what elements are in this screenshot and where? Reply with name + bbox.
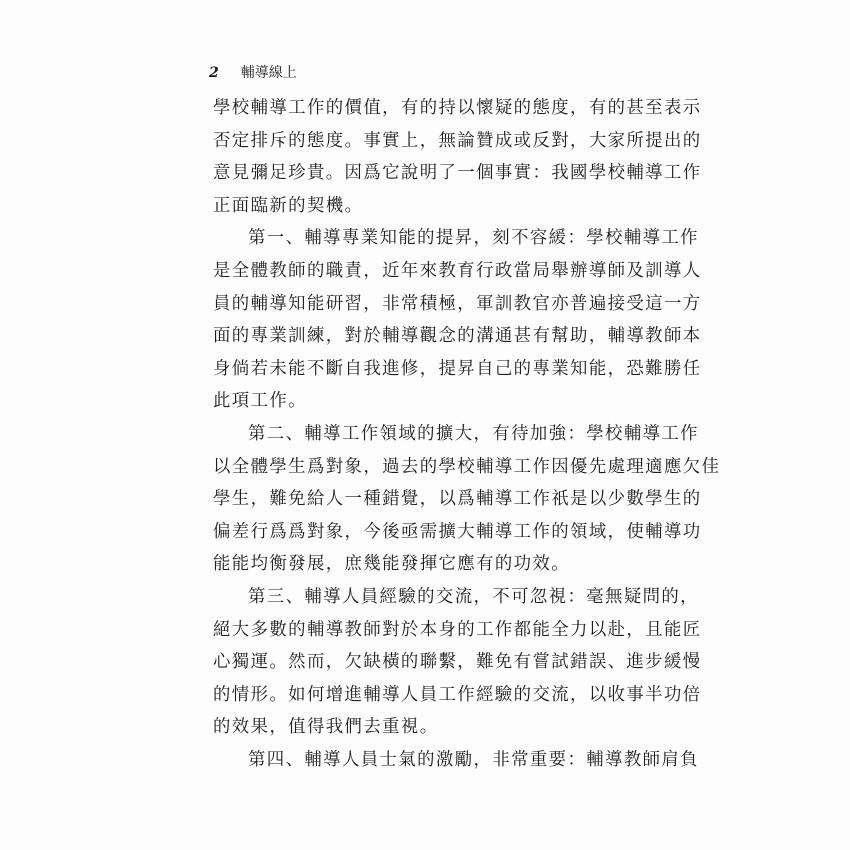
text-line: 偏差行爲爲對象，今後亟需擴大輔導工作的領域，使輔導功: [213, 516, 639, 549]
running-head-title: 輔導線上: [241, 62, 297, 82]
body-text: 學校輔導工作的價值，有的持以懷疑的態度，有的甚至表示 否定排斥的態度。事實上，無…: [213, 92, 639, 776]
text-line: 的效果，值得我們去重視。: [213, 711, 639, 744]
text-line: 否定排斥的態度。事實上，無論贊成或反對，大家所提出的: [213, 125, 639, 158]
paragraph-start-line: 第二、輔導工作領域的擴大，有待加強：學校輔導工作: [213, 418, 639, 451]
text-line: 以全體學生爲對象，過去的學校輔導工作因優先處理適應欠佳: [213, 451, 639, 484]
text-line: 能能均衡發展，庶幾能發揮它應有的功效。: [213, 548, 639, 581]
text-line: 絕大多數的輔導教師對於本身的工作都能全力以赴，且能匠: [213, 614, 639, 647]
text-line: 身倘若未能不斷自我進修，提昇自己的專業知能，恐難勝任: [213, 353, 639, 386]
text-line: 員的輔導知能研習，非常積極，軍訓教官亦普遍接受這一方: [213, 288, 639, 321]
text-line: 此項工作。: [213, 385, 639, 418]
document-page: 2 輔導線上 學校輔導工作的價值，有的持以懷疑的態度，有的甚至表示 否定排斥的態…: [0, 0, 850, 850]
text-line: 是全體教師的職責，近年來教育行政當局舉辦導師及訓導人: [213, 255, 639, 288]
running-head: 2 輔導線上: [209, 62, 297, 82]
text-line: 意見彌足珍貴。因爲它說明了一個事實：我國學校輔導工作: [213, 157, 639, 190]
text-line: 的情形。如何增進輔導人員工作經驗的交流，以收事半功倍: [213, 679, 639, 712]
page-number: 2: [209, 65, 219, 81]
paragraph-start-line: 第一、輔導專業知能的提昇，刻不容緩：學校輔導工作: [213, 222, 639, 255]
paragraph-start-line: 第三、輔導人員經驗的交流，不可忽視：毫無疑問的，: [213, 581, 639, 614]
text-line: 學校輔導工作的價值，有的持以懷疑的態度，有的甚至表示: [213, 92, 639, 125]
text-line: 正面臨新的契機。: [213, 190, 639, 223]
paragraph-start-line: 第四、輔導人員士氣的激勵，非常重要：輔導教師肩負: [213, 744, 639, 777]
text-line: 學生，難免給人一種錯覺，以爲輔導工作祇是以少數學生的: [213, 483, 639, 516]
text-line: 面的專業訓練，對於輔導觀念的溝通甚有幫助，輔導教師本: [213, 320, 639, 353]
text-line: 心獨運。然而，欠缺橫的聯繫，難免有嘗試錯誤、進步緩慢: [213, 646, 639, 679]
